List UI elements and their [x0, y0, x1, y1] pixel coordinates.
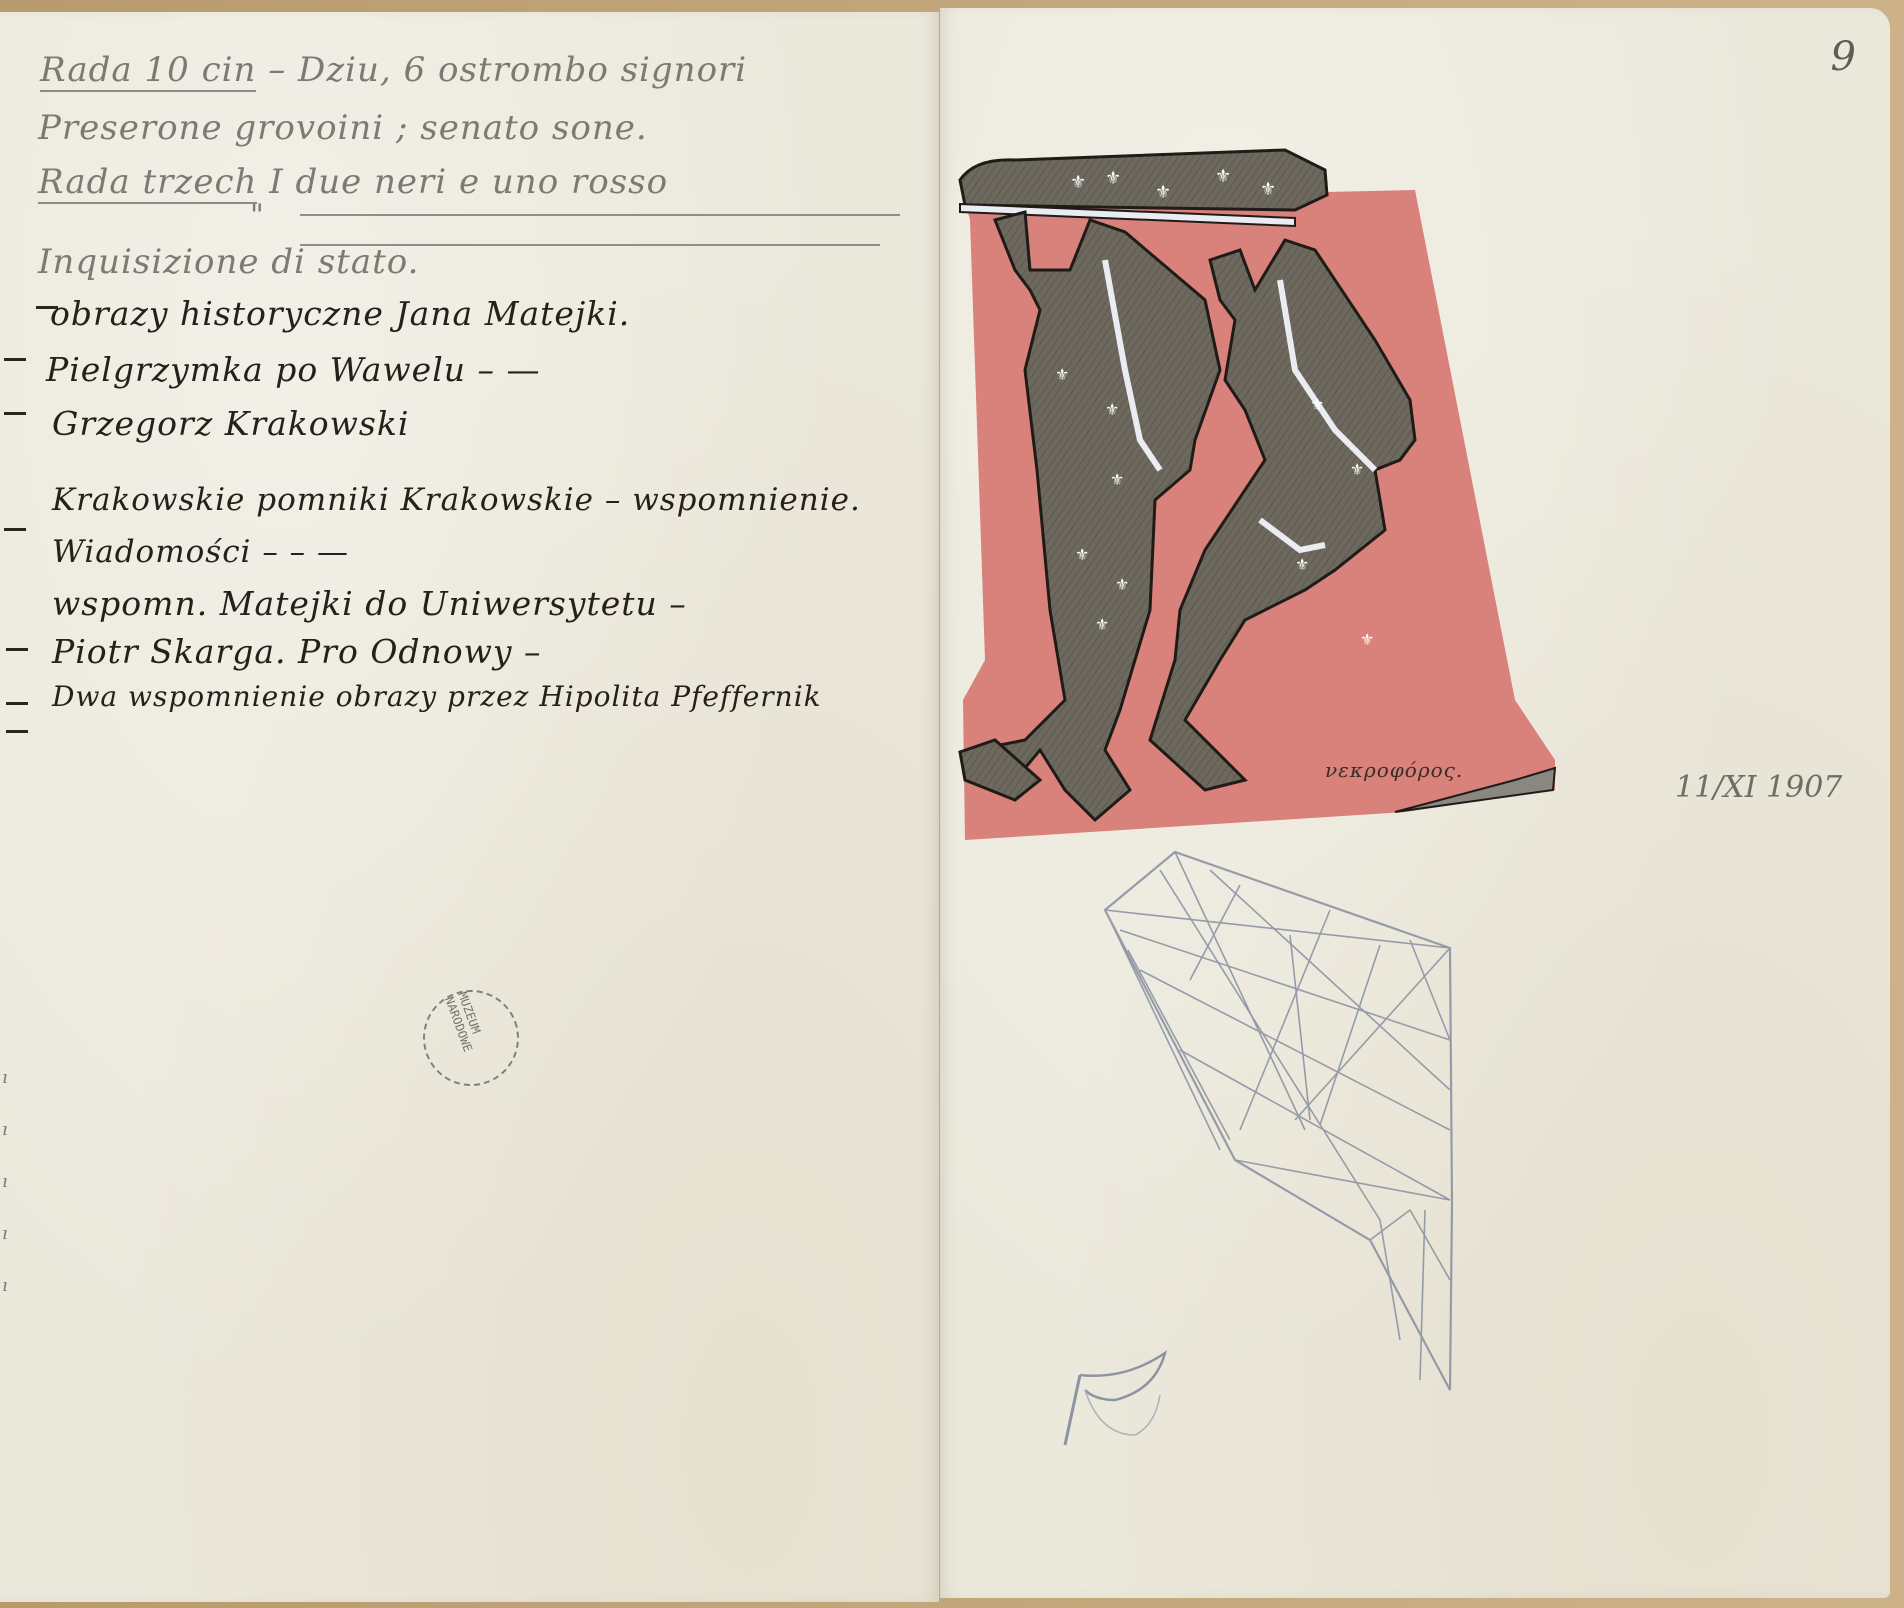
- list-item: Pielgrzymka po Wawelu – —: [46, 350, 541, 389]
- list-dash: [6, 730, 28, 733]
- svg-text:⚜: ⚜: [1260, 179, 1276, 200]
- note-line-3-label: Rada trzech: [38, 162, 257, 204]
- stamp-text: MUZEUM NARODOWE: [442, 990, 500, 1086]
- greek-caption: νεκροφόρος.: [1325, 758, 1463, 782]
- list-item: wspomn. Matejki do Uniwersytetu –: [52, 584, 687, 623]
- ditto-mark: ": [250, 198, 265, 233]
- pencil-shard-sketch: [1055, 1345, 1195, 1465]
- watercolor-painting: ⚜⚜⚜ ⚜⚜ ⚜⚜⚜ ⚜⚜⚜ ⚜⚜⚜ ⚜: [955, 140, 1655, 850]
- note-line-1-text: – Dziu, 6 ostrombo signori: [268, 50, 747, 90]
- list-item: Krakowskie pomniki Krakowskie – wspomnie…: [52, 482, 861, 518]
- svg-text:⚜: ⚜: [1215, 166, 1231, 187]
- list-dash: [6, 702, 28, 705]
- note-line-2: Preserone grovoini ; senato sone.: [38, 108, 648, 148]
- note-line-1: Rada 10 cin – Dziu, 6 ostrombo signori: [40, 50, 747, 90]
- date-note: 11/XI 1907: [1675, 770, 1842, 805]
- svg-text:⚜: ⚜: [1105, 168, 1121, 189]
- svg-text:⚜: ⚜: [1360, 630, 1374, 649]
- separator-rule: [300, 244, 880, 246]
- note-line-3: Rada trzech I due neri e uno rosso: [38, 162, 668, 202]
- list-dash: [4, 412, 26, 415]
- list-item: Grzegorz Krakowski: [52, 404, 409, 443]
- svg-text:⚜: ⚜: [1295, 555, 1309, 574]
- page-number: 9: [1831, 34, 1856, 80]
- list-item: obrazy historyczne Jana Matejki.: [50, 294, 630, 333]
- sketchbook-spread: Rada 10 cin – Dziu, 6 ostrombo signori P…: [0, 0, 1904, 1608]
- svg-text:⚜: ⚜: [1075, 545, 1089, 564]
- list-item: Wiadomości – – —: [52, 534, 349, 570]
- note-line-5: Inquisizione di stato.: [38, 242, 419, 282]
- svg-text:⚜: ⚜: [1055, 365, 1069, 384]
- svg-text:⚜: ⚜: [1350, 460, 1364, 479]
- list-dash: [6, 648, 28, 651]
- svg-text:⚜: ⚜: [1310, 395, 1324, 414]
- svg-text:⚜: ⚜: [1110, 470, 1124, 489]
- list-item: Piotr Skarga. Pro Odnowy –: [52, 632, 542, 671]
- library-stamp: MUZEUM NARODOWE: [409, 976, 532, 1099]
- svg-text:⚜: ⚜: [1155, 182, 1171, 203]
- page-edge-marks: ııııı: [2, 1052, 16, 1352]
- note-line-1-label: Rada 10 cin: [40, 50, 256, 92]
- underline-rule: [300, 214, 900, 216]
- svg-text:⚜: ⚜: [1095, 615, 1109, 634]
- list-dash: [4, 358, 26, 361]
- list-dash: [4, 528, 26, 531]
- list-item: Dwa wspomnienie obrazy przez Hipolita Pf…: [52, 680, 822, 713]
- left-page: Rada 10 cin – Dziu, 6 ostrombo signori P…: [0, 12, 939, 1602]
- note-line-3-text: I due neri e uno rosso: [269, 162, 668, 202]
- svg-text:⚜: ⚜: [1105, 400, 1119, 419]
- svg-text:⚜: ⚜: [1115, 575, 1129, 594]
- svg-text:⚜: ⚜: [1070, 172, 1086, 193]
